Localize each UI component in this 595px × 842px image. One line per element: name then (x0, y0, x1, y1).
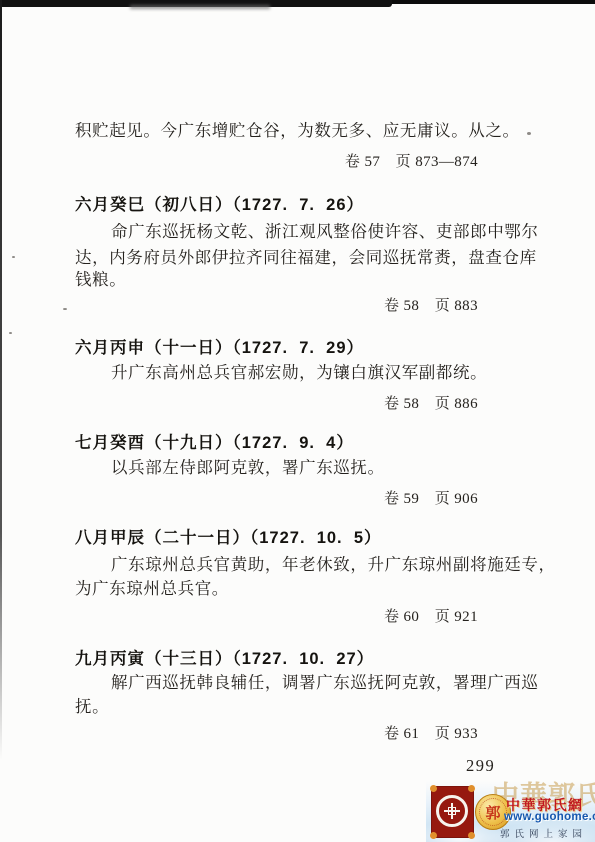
entry-body-line: 广东琼州总兵官黄助，年老休致，升广东琼州副将施廷专， (111, 551, 556, 575)
scan-speck (527, 132, 531, 135)
scan-speck (63, 308, 67, 310)
volume-page-ref: 卷 61 页 933 (384, 722, 478, 743)
scan-edge-left (0, 0, 2, 760)
entry-heading: 七月癸酉（十九日）（1727. 9. 4） (75, 429, 354, 453)
entry-body-line: 解广西巡抚韩良辅任，调署广东巡抚阿克敦，署理广西巡 (111, 669, 539, 693)
watermark-slogan: 郭氏网上家园 (500, 826, 587, 840)
volume-page-ref: 卷 58 页 886 (384, 392, 478, 413)
volume-page-ref: 卷 57 页 873—874 (345, 150, 478, 171)
watermark-square-seal-icon (431, 786, 474, 838)
seal-corner-ornament (468, 785, 475, 792)
entry-body-line: 命广东巡抚杨文乾、浙江观风整俗使许容、吏部郎中鄂尔 (111, 218, 539, 242)
entry-body-line: 为广东琼州总兵官。 (75, 575, 229, 599)
page-number: 299 (466, 756, 495, 776)
seal-cross-icon (444, 803, 460, 819)
volume-page-ref: 卷 58 页 883 (384, 294, 478, 315)
volume-page-ref: 卷 60 页 921 (384, 605, 478, 626)
scan-speck (9, 332, 12, 334)
seal-corner-ornament (468, 832, 475, 839)
entry-heading: 六月丙申（十一日）（1727. 7. 29） (75, 334, 364, 358)
medallion-character: 郭 (485, 802, 500, 823)
seal-corner-ornament (430, 785, 437, 792)
watermark-banner: 中華郭氏網 郭 中華郭氏網 www.guohome.org 郭氏网上家园 (426, 781, 595, 842)
scan-speck (12, 256, 15, 258)
volume-page-ref: 卷 59 页 906 (384, 487, 478, 508)
watermark-site-url: www.guohome.org (504, 811, 595, 823)
entry-heading: 九月丙寅（十三日）（1727. 10. 27） (75, 645, 374, 669)
entry-body-line: 以兵部左侍郎阿克敦，署广东巡抚。 (111, 454, 385, 478)
seal-corner-ornament (430, 832, 437, 839)
entry-body-line: 抚。 (75, 693, 109, 717)
entry-heading: 八月甲辰（二十一日）（1727. 10. 5） (75, 524, 382, 548)
scan-edge-fuzz (130, 5, 270, 9)
entry-heading: 六月癸巳（初八日）（1727. 7. 26） (75, 191, 364, 215)
entry-body-line: 钱粮。 (75, 266, 126, 290)
entry-body-line: 积贮起见。今广东增贮仓谷，为数无多、应无庸议。从之。 (75, 117, 520, 141)
entry-body-line: 升广东高州总兵官郝宏勋，为镶白旗汉军副都统。 (111, 359, 487, 383)
entry-body-line: 达，内务府员外郎伊拉齐同往福建，会同巡抚常赉，盘查仓库 (75, 244, 537, 268)
scanned-book-page: 积贮起见。今广东增贮仓谷，为数无多、应无庸议。从之。 卷 57 页 873—87… (0, 0, 595, 842)
